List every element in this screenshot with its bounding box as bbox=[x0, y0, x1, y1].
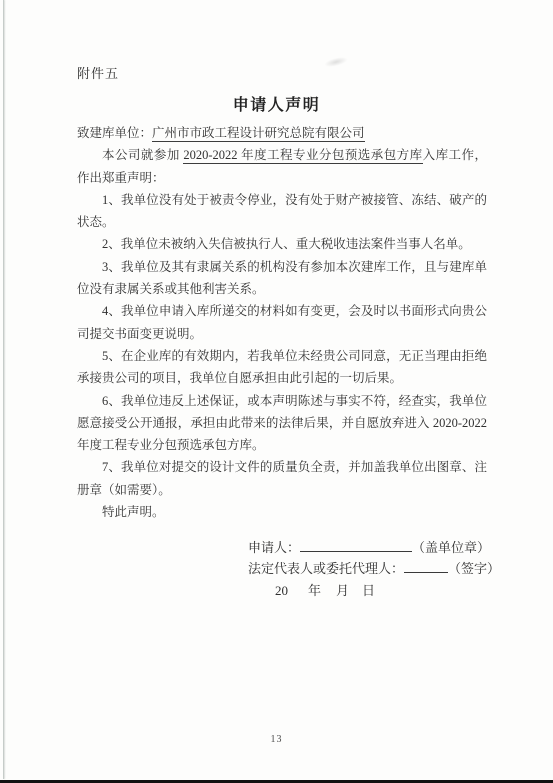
applicant-label: 申请人： bbox=[248, 540, 300, 555]
declaration-item-1: 1、我单位没有处于被责令停业，没有处于财产被接管、冻结、破产的状态。 bbox=[77, 189, 487, 234]
date-year-label: 年 bbox=[308, 580, 321, 601]
sign-note: （签字） bbox=[448, 561, 500, 576]
applicant-signature-line: 申请人：（盖单位章） bbox=[248, 537, 500, 558]
intro-paragraph: 本公司就参加 2020-2022 年度工程专业分包预选承包方库入库工作，作出郑重… bbox=[77, 144, 487, 189]
applicant-signature-blank bbox=[300, 539, 412, 552]
recipient-company-name: 广州市市政工程设计研究总院有限公司 bbox=[152, 126, 365, 142]
recipient-label: 致建库单位： bbox=[77, 126, 152, 140]
legal-rep-signature-blank bbox=[404, 560, 448, 573]
legal-rep-signature-line: 法定代表人或委托代理人：（签字） bbox=[248, 558, 500, 579]
date-century: 20 bbox=[275, 583, 288, 598]
recipient-line: 致建库单位：广州市市政工程设计研究总院有限公司 bbox=[77, 122, 487, 144]
declaration-item-3: 3、我单位及其有隶属关系的机构没有参加本次建库工作，且与建库单位没有隶属关系或其… bbox=[77, 256, 487, 301]
date-month-label: 月 bbox=[336, 580, 349, 601]
date-line: 20年月日 bbox=[275, 580, 500, 601]
declaration-item-7: 7、我单位对提交的设计文件的质量负全责，并加盖我单位出图章、注册章（如需要）。 bbox=[77, 456, 487, 501]
declaration-body: 致建库单位：广州市市政工程设计研究总院有限公司 本公司就参加 2020-2022… bbox=[77, 122, 487, 523]
declaration-item-2: 2、我单位未被纳入失信被执行人、重大税收违法案件当事人名单。 bbox=[77, 233, 487, 255]
declaration-item-4: 4、我单位申请入库所递交的材料如有变更，会及时以书面形式向贵公司提交书面变更说明… bbox=[77, 300, 487, 345]
attachment-label: 附件五 bbox=[77, 63, 119, 82]
scanned-document-page: 附件五 申请人声明 致建库单位：广州市市政工程设计研究总院有限公司 本公司就参加… bbox=[0, 0, 553, 783]
page-title: 申请人声明 bbox=[0, 92, 553, 115]
scan-smudge bbox=[323, 55, 348, 69]
intro-underlined-term: 2020-2022 年度工程专业分包预选承包方库 bbox=[183, 148, 422, 164]
page-number: 13 bbox=[0, 734, 553, 745]
scan-edge-line bbox=[3, 0, 4, 779]
signature-block: 申请人：（盖单位章） 法定代表人或委托代理人：（签字） 20年月日 bbox=[248, 537, 500, 601]
closing-statement: 特此声明。 bbox=[77, 501, 487, 523]
date-day-label: 日 bbox=[362, 580, 375, 601]
declaration-item-6: 6、我单位违反上述保证，或本声明陈述与事实不符，经查实，我单位愿意接受公开通报，… bbox=[77, 390, 487, 457]
declaration-item-5: 5、在企业库的有效期内，若我单位未经贵公司同意，无正当理由拒绝承接贵公司的项目，… bbox=[77, 345, 487, 390]
intro-prefix: 本公司就参加 bbox=[102, 148, 183, 162]
seal-note: （盖单位章） bbox=[412, 540, 490, 555]
legal-rep-label: 法定代表人或委托代理人： bbox=[248, 561, 404, 576]
